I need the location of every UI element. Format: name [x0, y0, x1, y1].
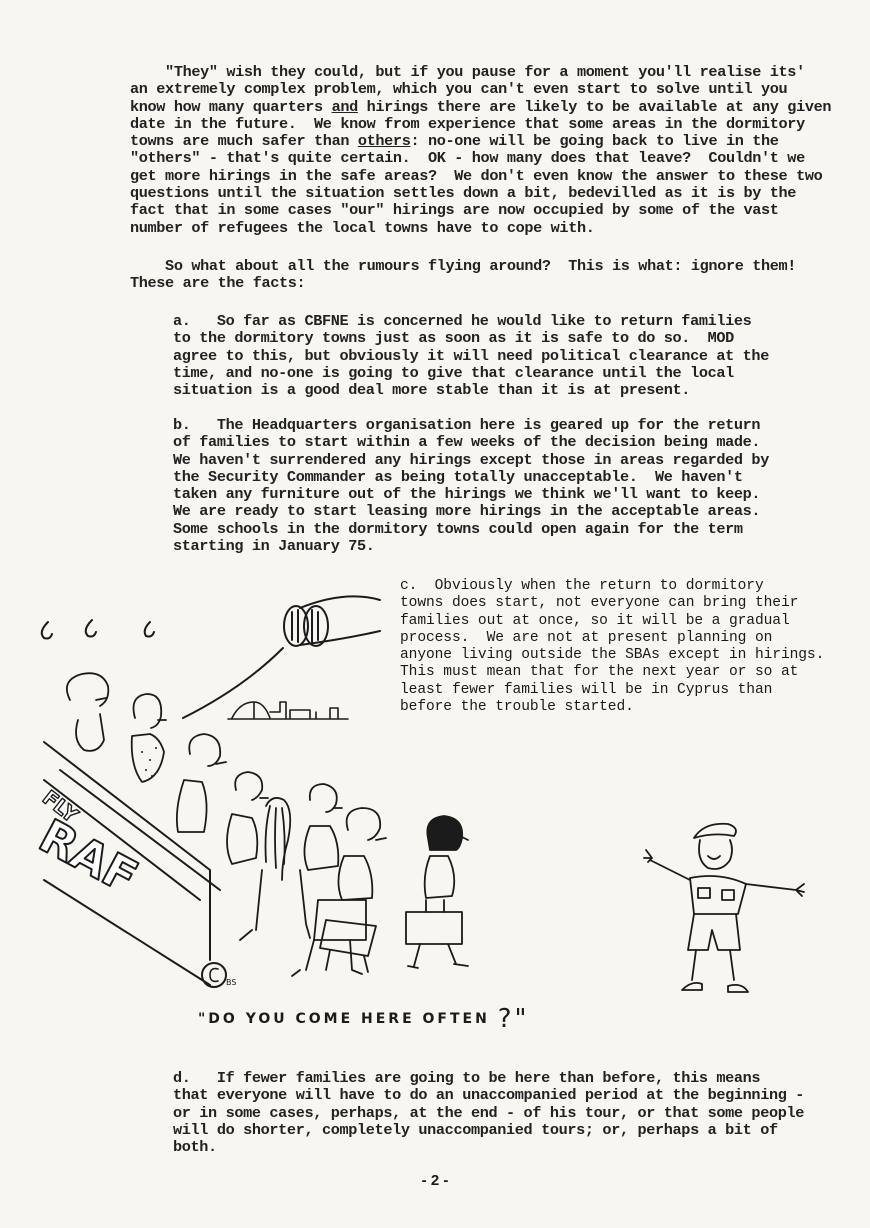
aircraft-stairs-icon: FLY RAF BS: [31, 742, 237, 987]
artist-initials: BS: [226, 978, 236, 987]
page-number: - 2 -: [0, 1172, 870, 1189]
cartoon-caption: "DO YOU COME HERE OFTEN ?": [198, 1004, 529, 1034]
jet-engine-icon: [183, 596, 380, 718]
document-page: "They" wish they could, but if you pause…: [0, 0, 870, 1228]
airman-figure-icon: [644, 824, 804, 992]
airbase-skyline-icon: [228, 702, 348, 719]
cartoon-illustration: FLY RAF BS: [0, 0, 870, 1228]
whistle-marks-icon: [42, 620, 154, 639]
